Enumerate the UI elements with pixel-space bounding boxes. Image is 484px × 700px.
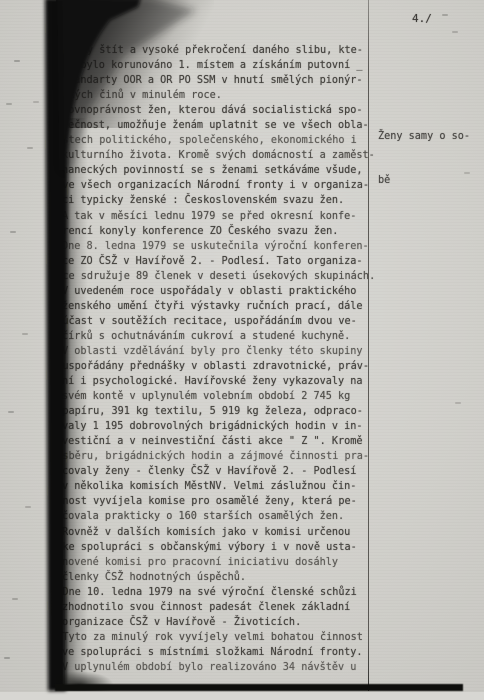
text-line: stech politického, společenského, ekonom… xyxy=(62,133,378,148)
text-line: ce sdružuje 89 členek v deseti úsekových… xyxy=(62,269,378,284)
text-line: standarty OOR a OR PO SSM v hnutí smělýc… xyxy=(62,73,378,88)
text-line: svém kontě v uplynulém volebním období 2… xyxy=(62,389,378,404)
scanned-document-page: čistý štít a vysoké překročení daného sl… xyxy=(0,0,484,700)
text-line: organizace ČSŽ v Havířově - Životicích. xyxy=(62,615,378,630)
text-line: naneckých povinností se s ženami setkává… xyxy=(62,163,378,178)
text-line: papíru, 391 kg textilu, 5 919 kg železa,… xyxy=(62,404,378,419)
text-line: ve spolupráci s místními složkami Národn… xyxy=(62,645,378,660)
bottom-scan-band xyxy=(55,684,463,691)
margin-note: Ženy samy o so- bě xyxy=(378,101,478,217)
text-line: novené komisi pro pracovní iniciativu do… xyxy=(62,555,378,570)
text-line: Rovnoprávnost žen, kterou dává socialist… xyxy=(62,103,378,118)
text-line: ce ZO ČSŽ v Havířově 2. - Podlesí. Tato … xyxy=(62,254,378,269)
text-line: ženského umění čtyři výstavky ručních pr… xyxy=(62,299,378,314)
text-line: covaly ženy - členky ČSŽ v Havířově 2. -… xyxy=(62,464,378,479)
scanner-bed-strip xyxy=(0,692,484,700)
text-line: čistý štít a vysoké překročení daného sl… xyxy=(62,43,378,58)
text-line: účast v soutěžích recitace, uspořádáním … xyxy=(62,314,378,329)
text-line: rencí konyly konference ZO Českého svazu… xyxy=(62,224,378,239)
text-line: čovala prakticky o 160 starších osamělýc… xyxy=(62,509,378,524)
scan-noise-specks xyxy=(0,0,6,2)
text-line: nost vyvíjela komise pro osamělé ženy, k… xyxy=(62,494,378,509)
text-line: Rovněž v dalších komisích jako v komisi … xyxy=(62,525,378,540)
page-number: 4./ xyxy=(412,12,432,25)
text-line: lečnost, umožňuje ženám uplatnit se ve v… xyxy=(62,118,378,133)
text-line: Dne 8. ledna 1979 se uskutečnila výroční… xyxy=(62,239,378,254)
margin-note-line: bě xyxy=(378,174,478,189)
text-line: V uvedeném roce uspořádaly v oblasti pra… xyxy=(62,284,378,299)
text-line: Tyto za minulý rok vyvíjely velmi bohato… xyxy=(62,630,378,645)
text-line: V oblasti vzdělávání byly pro členky tét… xyxy=(62,344,378,359)
text-line: zhodnotilo svou činnost padesát členek z… xyxy=(62,600,378,615)
text-line: vestiční a v neinvestiční části akce " Z… xyxy=(62,434,378,449)
text-line: sběru, brigádnických hodin a zájmové čin… xyxy=(62,449,378,464)
text-line: ré bylo korunováno 1. místem a získáním … xyxy=(62,58,378,73)
text-line: Dne 10. ledna 1979 na své výroční člensk… xyxy=(62,585,378,600)
text-line: ke spolupráci s občanskými výbory i v no… xyxy=(62,540,378,555)
typewritten-text-block: čistý štít a vysoké překročení daného sl… xyxy=(62,43,378,675)
margin-note-line: Ženy samy o so- xyxy=(378,130,478,145)
text-line: uspořádány přednášky v oblasti zdravotni… xyxy=(62,359,378,374)
text-line: kulturního života. Kromě svých domácnost… xyxy=(62,148,378,163)
text-line: valy 1 195 dobrovolných brigádnických ho… xyxy=(62,419,378,434)
text-line: ve všech organizacích Národní fronty i v… xyxy=(62,178,378,193)
text-line: v několika komisích MěstNV. Velmi zásluž… xyxy=(62,479,378,494)
text-line: A tak v měsíci lednu 1979 se před okresn… xyxy=(62,209,378,224)
text-line: čírků s ochutnáváním cukroví a studené k… xyxy=(62,329,378,344)
text-line: členky ČSŽ hodnotných úspěchů. xyxy=(62,570,378,585)
text-line: ských činů v minulém roce. xyxy=(62,88,378,103)
text-line: ci typicky ženské : Československém svaz… xyxy=(62,193,378,208)
text-line: ní i psychologické. Havířovské ženy vyka… xyxy=(62,374,378,389)
